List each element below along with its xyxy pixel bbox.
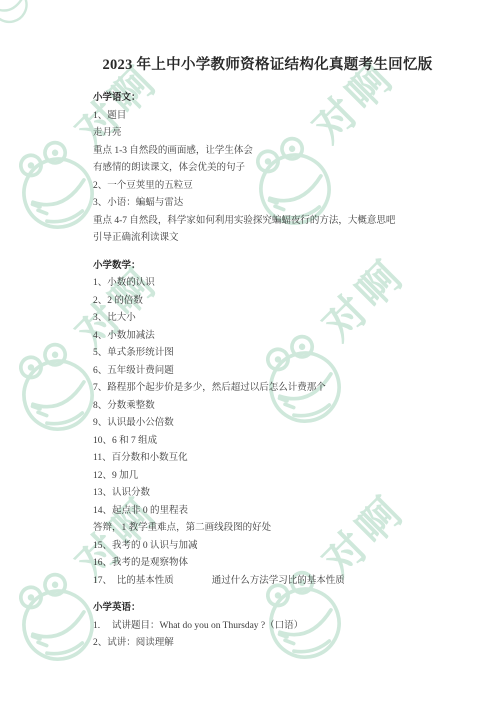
document-line: 重点 4-7 自然段，科学家如何利用实验探究蝙蝠夜行的方法，大概意思吧 xyxy=(0,213,500,231)
page-title: 2023 年上中小学教师资格证结构化真题考生回忆版 xyxy=(35,55,500,75)
document-line: 1、题目 xyxy=(0,108,500,126)
document-line: 6、五年级计费问题 xyxy=(0,363,500,381)
document-line: 10、6 和 7 组成 xyxy=(0,433,500,451)
document-line: 走月亮 xyxy=(0,125,500,143)
document-line: 4、小数加减法 xyxy=(0,328,500,346)
section-heading: 小学英语： xyxy=(0,600,500,618)
section-math: 小学数学： 1、小数的认识 2、2 的倍数 3、比大小 4、小数加减法 5、单式… xyxy=(0,258,500,591)
document-line: 3、小语：蝙蝠与雷达 xyxy=(0,195,500,213)
section-heading: 小学语文： xyxy=(0,90,500,108)
section-english: 小学英语： 1. 试讲题目：What do you on Thursday ?（… xyxy=(0,600,500,653)
document-line: 11、百分数和小数互化 xyxy=(0,450,500,468)
document-line: 重点 1-3 自然段的画面感，让学生体会 xyxy=(0,143,500,161)
document-line: 1. 试讲题目：What do you on Thursday ?（口语） xyxy=(0,618,500,636)
document-line: 1、小数的认识 xyxy=(0,275,500,293)
document-line: 12、9 加几 xyxy=(0,468,500,486)
document-line: 引导正确流利读课文 xyxy=(0,230,500,248)
document-line: 15、我考的 0 认识与加减 xyxy=(0,538,500,556)
document-line: 5、单式条形统计图 xyxy=(0,345,500,363)
document-line: 2、一个豆荚里的五粒豆 xyxy=(0,178,500,196)
section-heading: 小学数学： xyxy=(0,258,500,276)
document-line: 2、试讲：阅读理解 xyxy=(0,635,500,653)
document-content: 2023 年上中小学教师资格证结构化真题考生回忆版 小学语文： 1、题目 走月亮… xyxy=(0,0,500,653)
document-line: 7、路程那个起步价是多少，然后超过以后怎么计费那个 xyxy=(0,380,500,398)
document-line: 9、认识最小公倍数 xyxy=(0,415,500,433)
document-line: 16、我考的是观察物体 xyxy=(0,555,500,573)
section-chinese: 小学语文： 1、题目 走月亮 重点 1-3 自然段的画面感，让学生体会 有感情的… xyxy=(0,90,500,248)
document-line: 答辩，1 教学重难点，第二画线段图的好处 xyxy=(0,520,500,538)
document-line: 8、分数乘整数 xyxy=(0,398,500,416)
document-line: 17、 比的基本性质 通过什么方法学习比的基本性质 xyxy=(0,573,500,591)
document-page: 对啊 对啊 xyxy=(0,0,500,707)
document-line: 有感情的朗读课文，体会优美的句子 xyxy=(0,160,500,178)
document-line: 13、认识分数 xyxy=(0,485,500,503)
document-line: 3、比大小 xyxy=(0,310,500,328)
document-line: 2、2 的倍数 xyxy=(0,293,500,311)
document-line: 14、起点非 0 的里程表 xyxy=(0,503,500,521)
